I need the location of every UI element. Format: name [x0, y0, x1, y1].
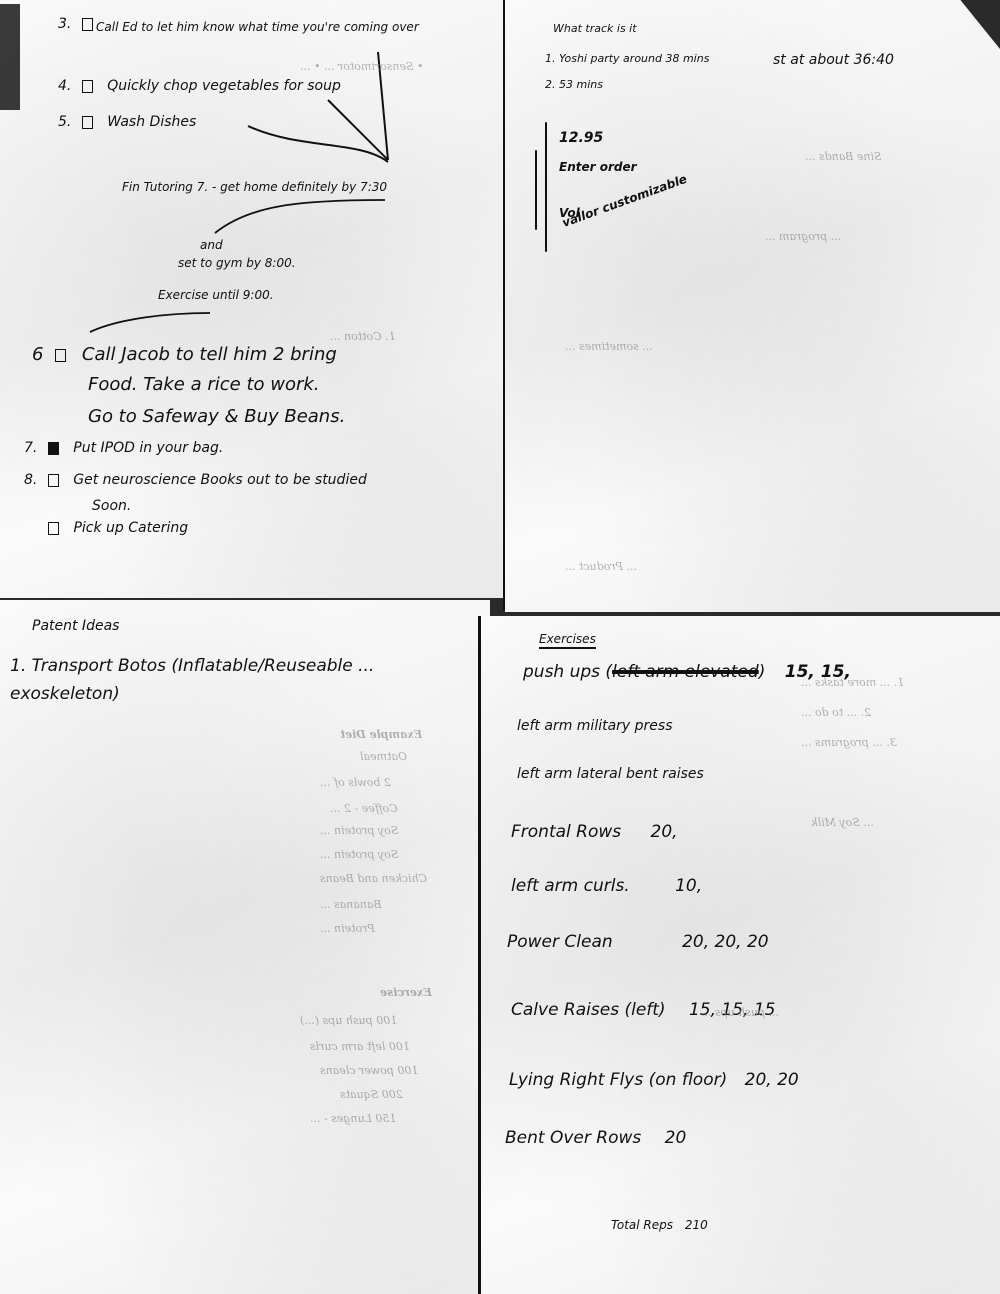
checkbox-icon — [48, 474, 59, 487]
checkbox-icon — [82, 18, 93, 31]
bleedthrough-item: 2 bowls of ... — [320, 776, 391, 789]
bleedthrough-text: 3. ... programs ... — [801, 736, 897, 749]
exercise-heading-text: Exercises — [539, 632, 596, 649]
total-value: 210 — [685, 1218, 708, 1232]
bleedthrough-item: Oatmeal — [360, 750, 407, 763]
bleedthrough-text: 1. ... more tasks ... — [801, 676, 904, 689]
bleedthrough-text: 1. Cotton ... — [330, 330, 396, 343]
exercise-row: Frontal Rows 20, — [511, 822, 678, 842]
bleedthrough-item: Protein ... — [320, 922, 375, 935]
binder-tab — [0, 4, 20, 110]
bleedthrough-item: Soy protein ... — [320, 824, 398, 837]
page-track-notes: What track is it 1. Yoshi party around 3… — [505, 0, 1000, 612]
todo-item-8: 8. Get neuroscience Books out to be stud… — [24, 472, 367, 488]
exercise-name: Power Clean — [507, 932, 613, 952]
todo-line: Food. Take a rice to work. — [88, 374, 320, 395]
bleedthrough-item: Bananas ... — [320, 898, 382, 911]
bracket-icon — [545, 122, 547, 252]
todo-number: 6 — [32, 344, 43, 365]
bleedthrough-item: 100 power cleans — [320, 1064, 418, 1077]
exercise-reps: 20, — [651, 822, 678, 842]
todo-item-5: 5. Wash Dishes — [58, 114, 196, 130]
exercise-reps: 20, 20, 20 — [682, 932, 769, 952]
todo-text: Call Ed to let him know what time you're… — [96, 16, 456, 38]
todo-item-catering: Pick up Catering — [42, 520, 188, 536]
track-item-2: 2. 53 mins — [545, 78, 603, 91]
plan-line-2: set to gym by 8:00. — [178, 256, 296, 270]
bleedthrough-item: 150 Lunges - ... — [310, 1112, 396, 1125]
exercise-name: Lying Right Flys (on floor) — [509, 1070, 727, 1090]
exercise-name: left arm curls. — [511, 876, 630, 896]
todo-line: Pick up Catering — [73, 520, 188, 536]
checkbox-filled-icon — [48, 442, 59, 455]
bleedthrough-text: ... sometimes ... — [565, 340, 653, 353]
todo-number: 5. — [58, 114, 71, 130]
track-item-1-note: st at about 36:40 — [773, 52, 894, 68]
checkbox-icon — [82, 116, 93, 129]
exercise-row: Bent Over Rows 20 — [505, 1128, 686, 1148]
bleedthrough-text: ... program ... — [765, 230, 841, 243]
exercise-name: Bent Over Rows — [505, 1128, 641, 1148]
exercise-reps: 20, 20 — [745, 1070, 799, 1090]
page-exercise-log: Exercises push ups (left arm elevated) 1… — [478, 616, 1000, 1294]
exercise-name: left arm military press — [517, 718, 673, 734]
todo-number: 4. — [58, 78, 71, 94]
bleedthrough-text: • Sensorimotor ... • ... — [300, 60, 423, 73]
exercise-row: Lying Right Flys (on floor) 20, 20 — [509, 1070, 799, 1090]
todo-number: 7. — [24, 440, 37, 456]
todo-line: Soon. — [92, 498, 131, 514]
todo-line: Get neuroscience Books out to be studied — [73, 472, 367, 488]
todo-line: Go to Safeway & Buy Beans. — [88, 406, 345, 427]
todo-item-7: 7. Put IPOD in your bag. — [24, 440, 223, 456]
exercise-reps: 10, — [675, 876, 702, 896]
exercise-name: left arm lateral bent raises — [517, 766, 704, 782]
bleedthrough-item: Soy protein ... — [320, 848, 398, 861]
exercise-heading: Exercises — [539, 632, 596, 646]
checkbox-icon — [48, 522, 59, 535]
total-reps: Total Reps 210 — [611, 1218, 708, 1232]
bleedthrough-text: 2. ... to do ... — [801, 706, 871, 719]
bleedthrough-item: 100 push ups (...) — [300, 1014, 397, 1027]
bleedthrough-text: ... Soy Milk — [811, 816, 874, 829]
bleedthrough-text: Sine Bands ... — [805, 150, 882, 163]
todo-line: Put IPOD in your bag. — [73, 440, 223, 456]
bleedthrough-heading: Example Diet — [340, 728, 422, 741]
checkbox-icon — [55, 349, 66, 362]
exercise-name: push ups (left arm elevated) — [523, 662, 765, 682]
checkbox-icon — [82, 80, 93, 93]
plan-line-3: Exercise until 9:00. — [158, 288, 274, 302]
exercise-row: Power Clean 20, 20, 20 — [507, 932, 769, 952]
exercise-name: Calve Raises (left) — [511, 1000, 666, 1020]
todo-number: 3. — [58, 16, 71, 32]
page-patent-ideas: Patent Ideas 1. Transport Botos (Inflata… — [0, 600, 490, 1294]
todo-item-4: 4. Quickly chop vegetables for soup — [58, 78, 341, 94]
bracket-icon — [535, 150, 537, 230]
bleedthrough-text: ... push ups ... — [701, 1006, 779, 1019]
exercise-row: left arm curls. 10, — [511, 876, 702, 896]
exercise-reps: 20 — [665, 1128, 687, 1148]
todo-number: 8. — [24, 472, 37, 488]
patent-heading: Patent Ideas — [32, 618, 119, 634]
exercise-name: Frontal Rows — [511, 822, 621, 842]
bleedthrough-item: 100 left arm curls — [310, 1040, 410, 1053]
exercise-row: left arm lateral bent raises — [517, 766, 704, 782]
total-label: Total Reps — [611, 1218, 673, 1232]
todo-item-6: 6 Call Jacob to tell him 2 bring — [32, 344, 337, 365]
bleedthrough-heading: Exercise — [380, 986, 432, 999]
todo-text: Quickly chop vegetables for soup — [107, 78, 341, 94]
exercise-row: left arm military press — [517, 718, 673, 734]
plan-line-1: Fin Tutoring 7. - get home definitely by… — [122, 180, 387, 194]
todo-text: Wash Dishes — [107, 114, 196, 130]
track-item-1: 1. Yoshi party around 38 mins — [545, 52, 709, 65]
plan-and: and — [200, 238, 223, 252]
bracket-item: 12.95 — [559, 130, 603, 146]
bracket-item: Enter order — [559, 160, 637, 174]
patent-item-1: 1. Transport Botos (Inflatable/Reuseable… — [10, 652, 450, 708]
bleedthrough-text: ... Product ... — [565, 560, 637, 573]
bleedthrough-item: Chicken and Beans — [320, 872, 427, 885]
bleedthrough-item: 200 Squats — [340, 1088, 403, 1101]
page-todo-list: 3. Call Ed to let him know what time you… — [0, 0, 505, 598]
todo-line: Call Jacob to tell him 2 bring — [82, 344, 337, 365]
bracket-item: vallor customizable — [560, 172, 689, 230]
struck-text: left arm elevated — [612, 662, 759, 682]
track-heading: What track is it — [553, 22, 637, 35]
bleedthrough-item: Coffee - 2 ... — [330, 802, 398, 815]
